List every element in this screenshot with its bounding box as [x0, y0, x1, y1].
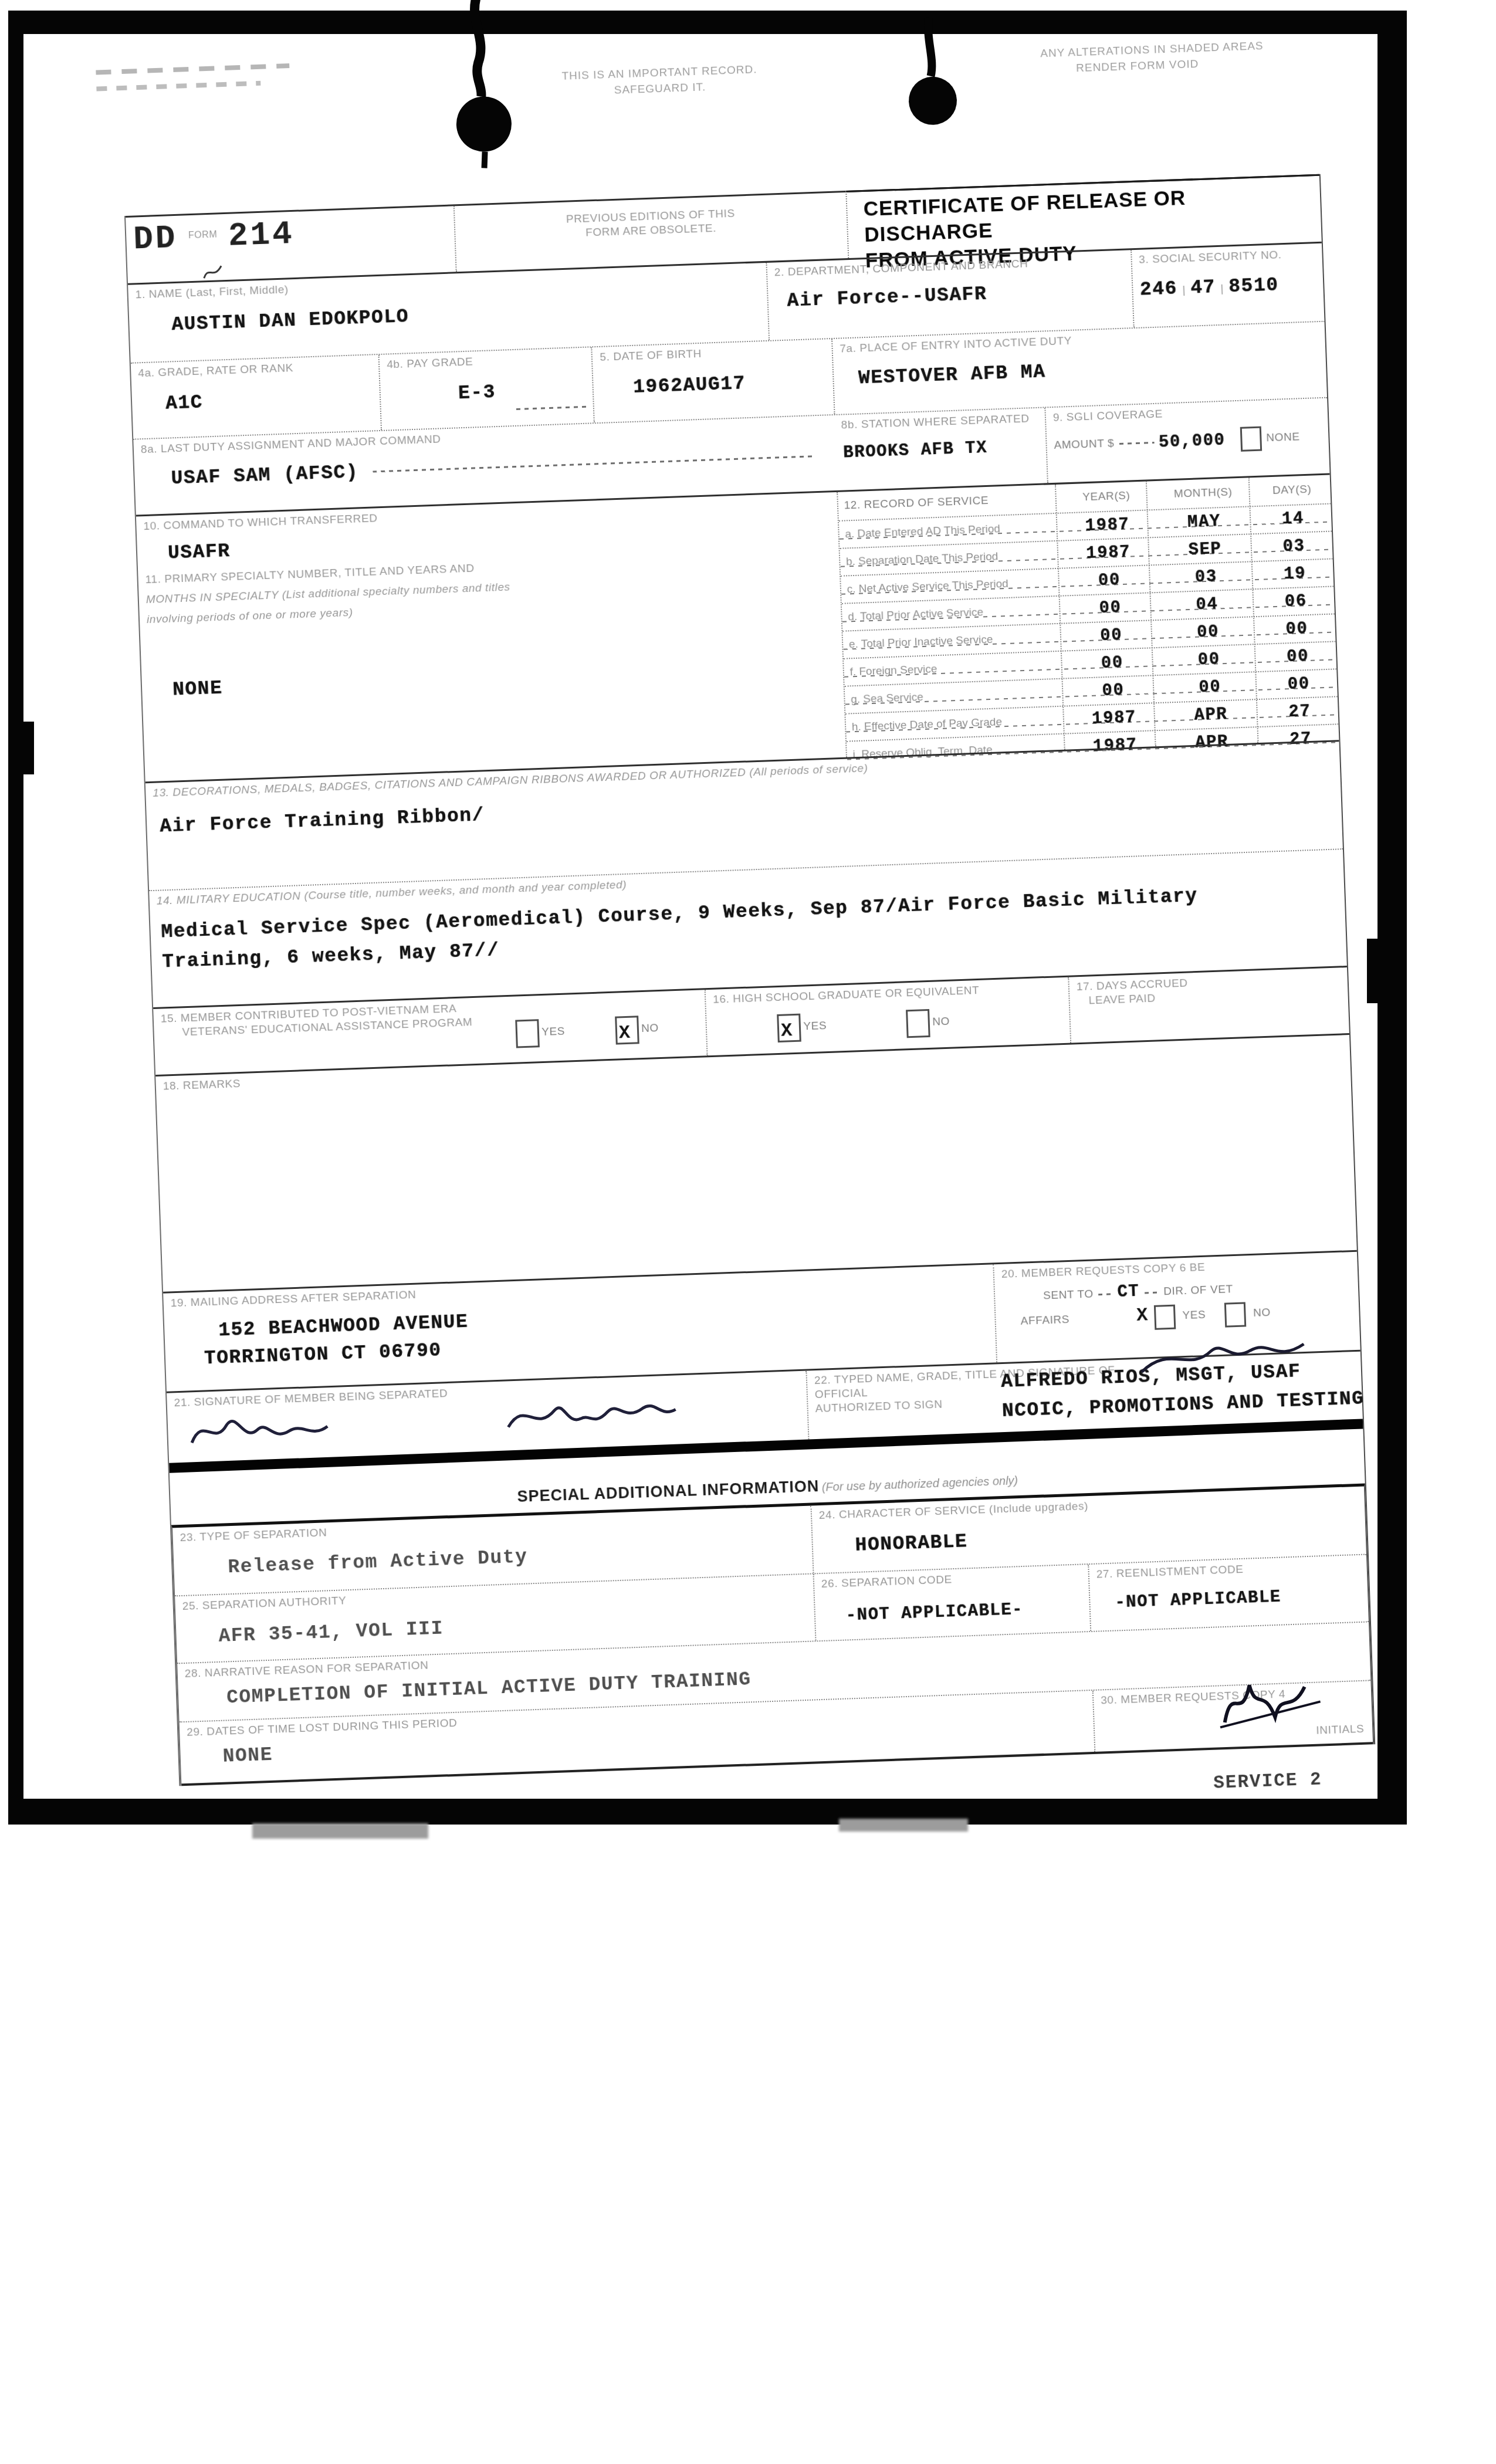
field-dob: 5. DATE OF BIRTH 1962AUG17: [591, 339, 834, 422]
high-school-yes-label: YES: [803, 1020, 827, 1033]
dd214-form: DD FORM 214 PREVIOUS EDITIONS OF THIS FO…: [124, 174, 1375, 1786]
field-grade: 4a. GRADE, RATE OR RANK A1C: [131, 355, 381, 439]
character-service-label: 24. CHARACTER OF SERVICE (Include upgrad…: [819, 1490, 1358, 1523]
sgli-amount-value: 50,000: [1159, 430, 1226, 452]
field-pay-grade-label: 4b. PAY GRADE: [387, 351, 585, 373]
copy-no-checkbox: [1224, 1302, 1246, 1327]
special-info-box: 23. TYPE OF SEPARATION Release from Acti…: [171, 1484, 1374, 1786]
form-number-prefix: DD: [133, 219, 178, 259]
service-copy-label: SERVICE 2: [1213, 1769, 1323, 1793]
scan-speck: [1389, 329, 1404, 364]
field-pay-grade-value: E-3: [458, 378, 585, 405]
field-station-separated: 8b. STATION WHERE SEPARATED BROOKS AFB T…: [834, 408, 1047, 490]
field-remarks: 18. REMARKS: [155, 1035, 1357, 1292]
veap-no-checkbox: [615, 1016, 639, 1044]
official-signature-scribble: [1135, 1333, 1324, 1380]
separation-code-value: -NOT APPLICABLE-: [845, 1597, 1082, 1625]
row-service: 10. COMMAND TO WHICH TRANSFERRED USAFR 1…: [136, 473, 1339, 782]
field-place-entry-value: WESTOVER AFB MA: [858, 351, 1319, 389]
service-col-months: MONTH(S): [1152, 485, 1255, 502]
scan-streak: [839, 1819, 968, 1832]
veap-no-label: NO: [641, 1022, 659, 1035]
separation-authority-value: AFR 35-41, VOL III: [218, 1605, 808, 1647]
field-sgli: 9. SGLI COVERAGE AMOUNT $ 50,000 NONE: [1044, 398, 1329, 483]
field-ssn-label: 3. SOCIAL SECURITY NO.: [1139, 247, 1315, 267]
high-school-yes-checkbox: [777, 1014, 801, 1043]
field-dob-value: 1962AUG17: [633, 370, 826, 398]
field-department-value: Air Force--USAFR: [787, 279, 1125, 312]
sgli-none-label: NONE: [1266, 430, 1300, 445]
high-school-no-label: NO: [932, 1016, 950, 1028]
field-ssn: 3. SOCIAL SECURITY NO. 246 | 47 | 8510: [1131, 243, 1325, 327]
field-high-school: 16. HIGH SCHOOL GRADUATE OR EQUIVALENT X…: [705, 977, 1071, 1056]
hole-punch-left: [422, 0, 546, 211]
field-leave-paid: 17. DAYS ACCRUED LEAVE PAID: [1068, 967, 1349, 1043]
ssn-part1: 246: [1139, 277, 1177, 300]
field-name-value: AUSTIN DAN EDOKPOLO: [171, 293, 761, 336]
copy-affairs-label: AFFAIRS: [1020, 1314, 1069, 1328]
document-content: THIS IS AN IMPORTANT RECORD. SAFEGUARD I…: [124, 174, 1375, 1786]
character-service-value: HONORABLE: [855, 1517, 1359, 1556]
reenlistment-code-label: 27. REENLISTMENT CODE: [1096, 1559, 1360, 1582]
scan-speck: [1367, 939, 1402, 1003]
scan-streak: [252, 1823, 428, 1839]
field-department: 2. DEPARTMENT, COMPONENT AND BRANCH Air …: [766, 250, 1133, 340]
field-command-specialty: 10. COMMAND TO WHICH TRANSFERRED USAFR 1…: [136, 492, 846, 781]
field-sgli-label: 9. SGLI COVERAGE: [1053, 402, 1321, 425]
field-pay-grade: 4b. PAY GRADE E-3: [378, 347, 594, 430]
service-col-years: YEAR(S): [1061, 488, 1152, 505]
field-separation-code: 26. SEPARATION CODE -NOT APPLICABLE-: [813, 1565, 1090, 1640]
field-station-label: 8b. STATION WHERE SEPARATED: [841, 412, 1038, 433]
initials-label: INITIALS: [1316, 1722, 1365, 1738]
field-grade-value: A1C: [165, 385, 373, 414]
copy-yes-checkbox: [1153, 1304, 1175, 1329]
field-reenlistment-code: 27. REENLISTMENT CODE -NOT APPLICABLE: [1088, 1555, 1369, 1632]
service-col-days: DAY(S): [1254, 482, 1330, 499]
copy-no-label: NO: [1253, 1307, 1271, 1319]
ssn-part3: 8510: [1228, 274, 1279, 297]
form-number-box: DD FORM 214: [126, 206, 455, 283]
form-word: FORM: [188, 229, 218, 241]
form-number: 214: [228, 215, 295, 255]
veap-yes-label: YES: [541, 1025, 566, 1038]
member-initials-scribble: [1216, 1672, 1329, 1732]
service-table-title: 12. RECORD OF SERVICE: [838, 492, 1061, 513]
field-last-duty-value: USAF SAM (AFSC): [171, 461, 359, 489]
veap-yes-checkbox: [515, 1019, 540, 1048]
sgli-amount-label: AMOUNT $: [1054, 436, 1114, 453]
reenlistment-code-value: -NOT APPLICABLE: [1115, 1585, 1361, 1613]
row-remarks: 18. REMARKS: [155, 1033, 1357, 1292]
hole-punch-right: [886, 10, 986, 189]
copy-dir-label: DIR. OF VET: [1163, 1283, 1233, 1298]
copy-yes-label: YES: [1182, 1309, 1206, 1322]
scan-speck: [23, 722, 34, 774]
copy-yes-mark: X: [1136, 1304, 1148, 1326]
type-separation-value: Release from Active Duty: [228, 1536, 805, 1578]
record-of-service-table: 12. RECORD OF SERVICE YEAR(S) MONTH(S) D…: [837, 475, 1339, 757]
copy-sent-to-value: CT: [1117, 1282, 1140, 1302]
separation-code-label: 26. SEPARATION CODE: [821, 1569, 1082, 1592]
field-dob-label: 5. DATE OF BIRTH: [600, 343, 825, 364]
field-specialty-value: NONE: [172, 656, 836, 700]
ssn-part2: 47: [1190, 276, 1216, 299]
field-copy4-request: 30. MEMBER REQUESTS COPY 4 INITIALS: [1092, 1681, 1373, 1752]
high-school-no-checkbox: [906, 1009, 930, 1038]
field-grade-label: 4a. GRADE, RATE OR RANK: [138, 358, 372, 381]
field-station-value: BROOKS AFB TX: [843, 436, 1039, 463]
copy-sent-to-label: SENT TO: [1043, 1288, 1094, 1302]
scanned-dd214-page: THIS IS AN IMPORTANT RECORD. SAFEGUARD I…: [0, 0, 1496, 2464]
sgli-none-checkbox: [1240, 427, 1262, 452]
